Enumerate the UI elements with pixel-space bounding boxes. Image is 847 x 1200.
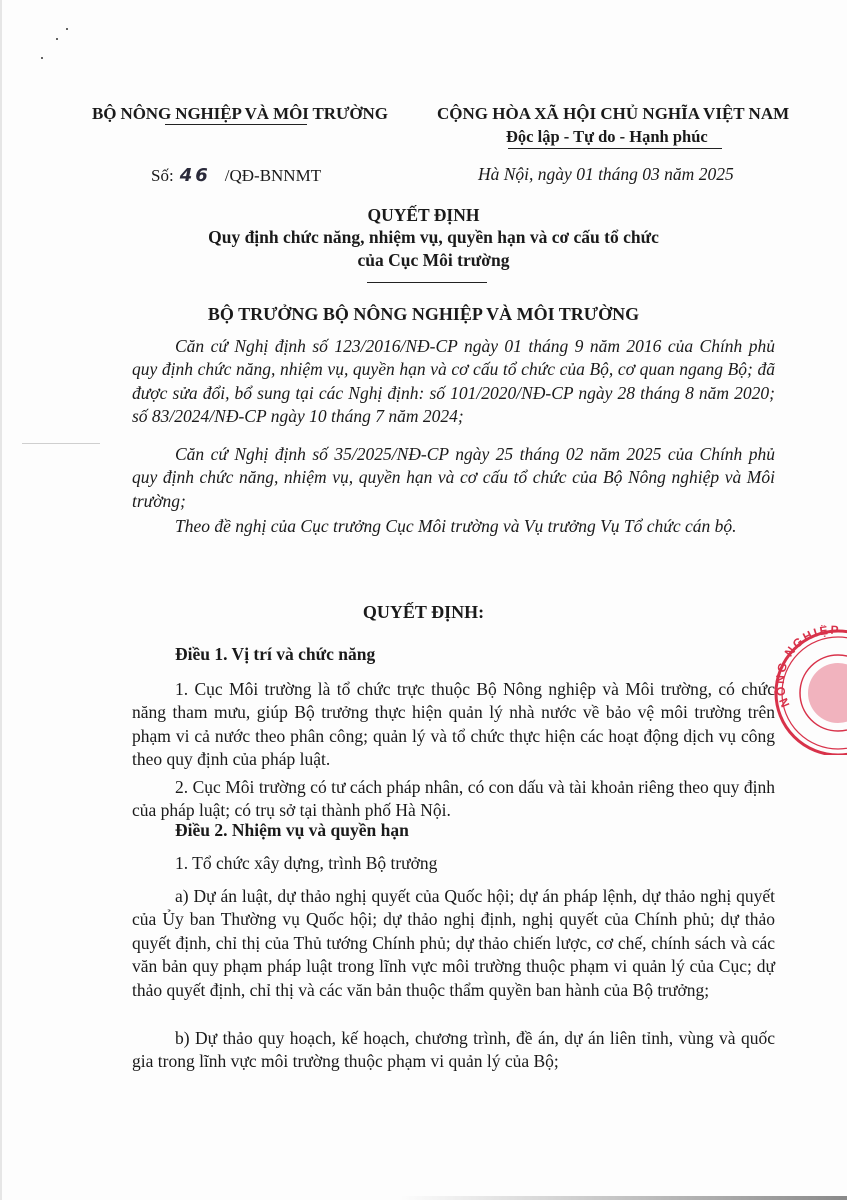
number-handwritten: 46 [180, 165, 211, 186]
document-type: QUYẾT ĐỊNH [0, 205, 847, 226]
scan-speck [56, 38, 58, 40]
article-paragraph: 1. Tổ chức xây dựng, trình Bộ trưởng [132, 852, 775, 875]
page-edge-shadow [0, 0, 2, 1200]
document-subject-line-2: của Cục Môi trường [10, 250, 847, 271]
preamble-paragraph: Căn cứ Nghị định số 35/2025/NĐ-CP ngày 2… [132, 443, 775, 513]
article-paragraph: a) Dự án luật, dự thảo nghị quyết của Qu… [132, 885, 775, 1002]
article-1-heading: Điều 1. Vị trí và chức năng [175, 644, 375, 665]
national-motto: Độc lập - Tự do - Hạnh phúc [506, 127, 708, 147]
motto-underline [508, 148, 722, 149]
number-prefix: Số: [151, 166, 174, 185]
ministry-name: BỘ NÔNG NGHIỆP VÀ MÔI TRƯỜNG [92, 104, 388, 124]
place-and-date: Hà Nội, ngày 01 tháng 03 năm 2025 [478, 164, 734, 185]
ministry-underline [165, 124, 307, 125]
scan-speck [66, 28, 68, 30]
article-2-heading: Điều 2. Nhiệm vụ và quyền hạn [175, 820, 409, 841]
preamble-paragraph: Căn cứ Nghị định số 123/2016/NĐ-CP ngày … [132, 335, 775, 429]
number-suffix: /QĐ-BNNMT [225, 166, 321, 185]
article-paragraph: b) Dự thảo quy hoạch, kế hoạch, chương t… [132, 1027, 775, 1074]
issuing-authority: BỘ TRƯỞNG BỘ NÔNG NGHIỆP VÀ MÔI TRƯỜNG [0, 304, 847, 325]
preamble-paragraph: Theo đề nghị của Cục trưởng Cục Môi trườ… [132, 515, 775, 538]
title-underline [367, 282, 487, 283]
article-paragraph: 1. Cục Môi trường là tổ chức trực thuộc … [132, 678, 775, 772]
article-paragraph: 2. Cục Môi trường có tư cách pháp nhân, … [132, 776, 775, 823]
scan-speck [41, 57, 43, 59]
document-subject-line-1: Quy định chức năng, nhiệm vụ, quyền hạn … [10, 227, 847, 248]
margin-mark [22, 443, 100, 444]
page-bottom-shadow [400, 1196, 847, 1200]
decision-heading: QUYẾT ĐỊNH: [0, 602, 847, 623]
country-name: CỘNG HÒA XÃ HỘI CHỦ NGHĨA VIỆT NAM [437, 104, 789, 124]
official-seal-icon: NÔNG NGHIỆP [770, 625, 847, 755]
document-number: Số:46/QĐ-BNNMT [151, 165, 321, 186]
